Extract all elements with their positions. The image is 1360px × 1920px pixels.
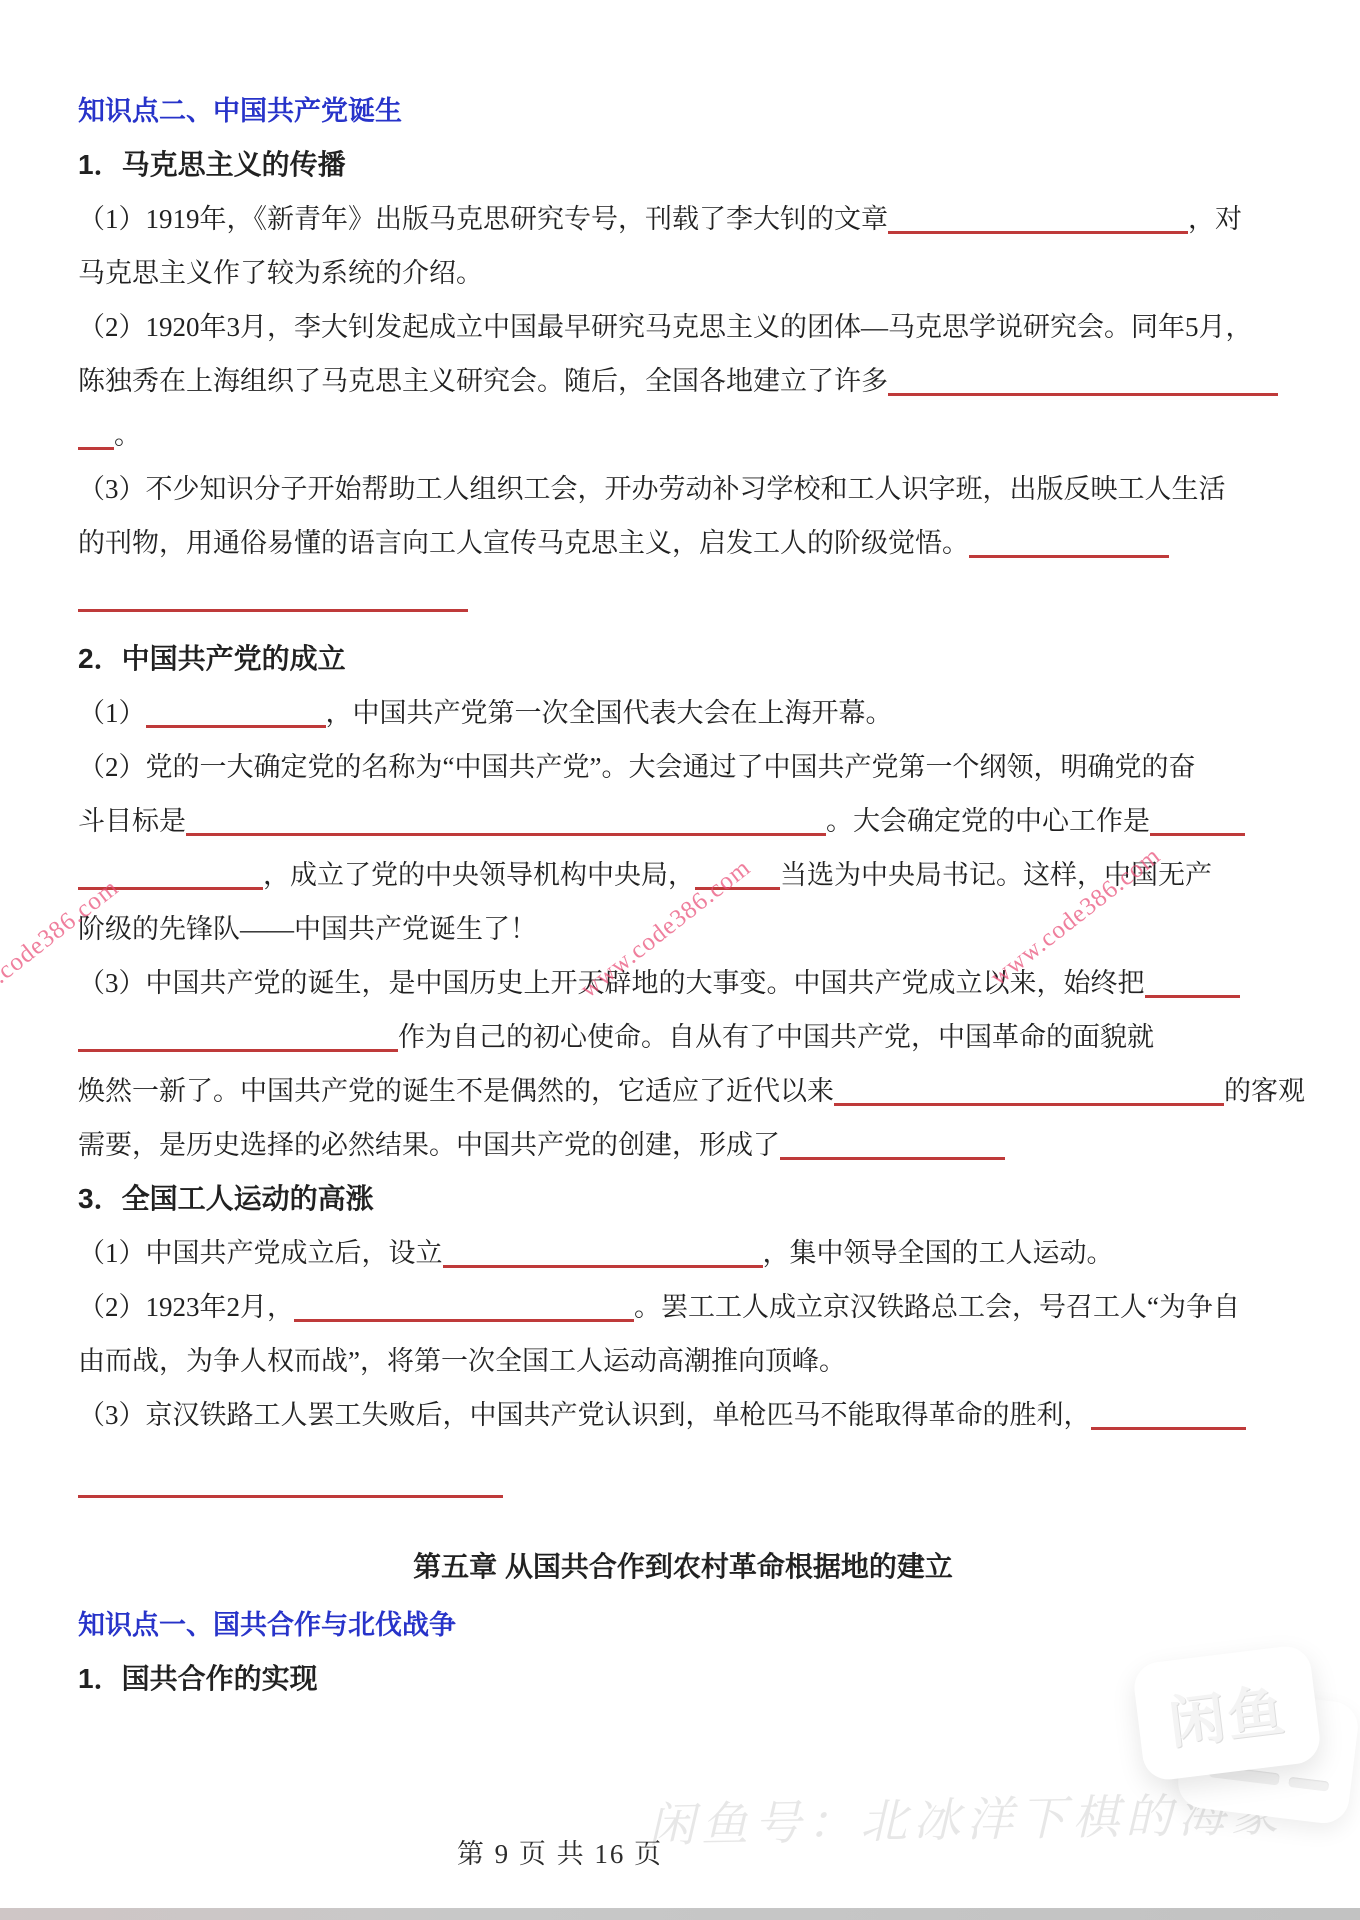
document-line: 马克思主义作了较为系统的介绍。: [78, 246, 1288, 300]
text-run: ，集中领导全国的工人运动。: [763, 1238, 1114, 1268]
text-run: ，成立了党的中央领导机构中央局，: [263, 860, 695, 890]
document-line: 1．国共合作的实现: [78, 1652, 1288, 1706]
document-line: 需要，是历史选择的必然结果。中国共产党的创建，形成了: [78, 1118, 1288, 1172]
document-line: 2．中国共产党的成立: [78, 632, 1288, 686]
text-run: 阶级的先锋队——中国共产党诞生了！: [78, 914, 537, 944]
text-run: 。大会确定党的中心工作是: [826, 806, 1150, 836]
xianyu-logo-text: 闲鱼: [1164, 1666, 1291, 1760]
document-line: 知识点一、国共合作与北伐战争: [78, 1598, 1288, 1652]
text-run: 马克思主义作了较为系统的介绍。: [78, 258, 483, 288]
document-line: （2）党的一大确定党的名称为“中国共产党”。大会通过了中国共产党第一个纲领，明确…: [78, 740, 1288, 794]
text-run: 需要，是历史选择的必然结果。中国共产党的创建，形成了: [78, 1130, 780, 1160]
document-line: 1．马克思主义的传播: [78, 138, 1288, 192]
answer-blank[interactable]: [78, 1019, 398, 1052]
text-run: 的客观: [1224, 1076, 1305, 1106]
answer-blank[interactable]: [78, 1465, 503, 1498]
text-run: ，中国共产党第一次全国代表大会在上海开幕。: [326, 698, 893, 728]
text-run: 焕然一新了。中国共产党的诞生不是偶然的，它适应了近代以来: [78, 1076, 834, 1106]
logo-decoration-bar: [1288, 1777, 1329, 1792]
document-line: 作为自己的初心使命。自从有了中国共产党，中国革命的面貌就: [78, 1010, 1288, 1064]
text-run: （3）不少知识分子开始帮助工人组织工会，开办劳动补习学校和工人识字班，出版反映工…: [78, 474, 1226, 504]
answer-blank[interactable]: [1091, 1397, 1246, 1430]
document-line: [78, 1456, 1288, 1510]
text-run: 的刊物，用通俗易懂的语言向工人宣传马克思主义，启发工人的阶级觉悟。: [78, 528, 969, 558]
answer-blank[interactable]: [888, 363, 1278, 396]
document-line: 斗目标是。大会确定党的中心工作是: [78, 794, 1288, 848]
text-run: 知识点二、中国共产党诞生: [78, 96, 402, 126]
text-run: 第五章 从国共合作到农村革命根据地的建立: [413, 1551, 953, 1582]
document-line: （3）中国共产党的诞生，是中国历史上开天辟地的大事变。中国共产党成立以来，始终把: [78, 956, 1288, 1010]
answer-blank[interactable]: [780, 1127, 1005, 1160]
text-run: ，对: [1188, 204, 1242, 234]
document-line: （3）不少知识分子开始帮助工人组织工会，开办劳动补习学校和工人识字班，出版反映工…: [78, 462, 1288, 516]
document-line: （2）1920年3月，李大钊发起成立中国最早研究马克思主义的团体—马克思学说研究…: [78, 300, 1288, 354]
document-line: 3．全国工人运动的高涨: [78, 1172, 1288, 1226]
answer-blank[interactable]: [78, 579, 468, 612]
answer-blank[interactable]: [1150, 803, 1245, 836]
text-run: （1）1919年，《新青年》出版马克思研究专号，刊载了李大钊的文章: [78, 204, 888, 234]
answer-blank[interactable]: [78, 417, 114, 450]
document-line: 陈独秀在上海组织了马克思主义研究会。随后，全国各地建立了许多: [78, 354, 1288, 408]
text-run: 。: [114, 420, 141, 450]
answer-blank[interactable]: [834, 1073, 1224, 1106]
document-line: 知识点二、中国共产党诞生: [78, 84, 1288, 138]
answer-blank[interactable]: [443, 1235, 763, 1268]
xianyu-logo-front-card: 闲鱼: [1131, 1644, 1322, 1783]
document-line: 第五章 从国共合作到农村革命根据地的建立: [78, 1540, 1288, 1594]
text-run: （2）1920年3月，李大钊发起成立中国最早研究马克思主义的团体—马克思学说研究…: [78, 312, 1253, 342]
answer-blank[interactable]: [1145, 965, 1240, 998]
scan-bottom-edge: [0, 1908, 1360, 1920]
text-run: （1）中国共产党成立后，设立: [78, 1238, 443, 1268]
text-run: 3．全国工人运动的高涨: [78, 1183, 374, 1214]
document-line: （2）1923年2月，。罢工工人成立京汉铁路总工会，号召工人“为争自: [78, 1280, 1288, 1334]
document-line: （1）中国共产党成立后，设立，集中领导全国的工人运动。: [78, 1226, 1288, 1280]
text-run: 陈独秀在上海组织了马克思主义研究会。随后，全国各地建立了许多: [78, 366, 888, 396]
text-run: 斗目标是: [78, 806, 186, 836]
text-run: （1）: [78, 698, 146, 728]
answer-blank[interactable]: [186, 803, 826, 836]
text-run: 知识点一、国共合作与北伐战争: [78, 1610, 456, 1640]
text-run: （2）1923年2月，: [78, 1292, 294, 1322]
answer-blank[interactable]: [146, 695, 326, 728]
text-run: 。罢工工人成立京汉铁路总工会，号召工人“为争自: [634, 1292, 1240, 1322]
text-run: （2）党的一大确定党的名称为“中国共产党”。大会通过了中国共产党第一个纲领，明确…: [78, 752, 1195, 782]
document-line: [78, 570, 1288, 624]
document-line: 焕然一新了。中国共产党的诞生不是偶然的，它适应了近代以来的客观: [78, 1064, 1288, 1118]
text-run: （3）京汉铁路工人罢工失败后，中国共产党认识到，单枪匹马不能取得革命的胜利，: [78, 1400, 1091, 1430]
answer-blank[interactable]: [294, 1289, 634, 1322]
text-run: 由而战，为争人权而战”，将第一次全国工人运动高潮推向顶峰。: [78, 1346, 846, 1376]
document-line: 。: [78, 408, 1288, 462]
document-line: （1）1919年，《新青年》出版马克思研究专号，刊载了李大钊的文章，对: [78, 192, 1288, 246]
text-run: 1．国共合作的实现: [78, 1663, 318, 1694]
text-run: 2．中国共产党的成立: [78, 643, 346, 674]
document-line: 由而战，为争人权而战”，将第一次全国工人运动高潮推向顶峰。: [78, 1334, 1288, 1388]
xianyu-logo: 闲鱼: [1124, 1648, 1360, 1828]
page-number-footer: 第 9 页 共 16 页: [0, 1832, 1120, 1871]
document-line: 的刊物，用通俗易懂的语言向工人宣传马克思主义，启发工人的阶级觉悟。: [78, 516, 1288, 570]
text-run: 1．马克思主义的传播: [78, 149, 346, 180]
document-line: （3）京汉铁路工人罢工失败后，中国共产党认识到，单枪匹马不能取得革命的胜利，: [78, 1388, 1288, 1442]
worksheet-page: 知识点二、中国共产党诞生1．马克思主义的传播（1）1919年，《新青年》出版马克…: [0, 0, 1360, 1920]
answer-blank[interactable]: [969, 525, 1169, 558]
document-line: （1），中国共产党第一次全国代表大会在上海开幕。: [78, 686, 1288, 740]
answer-blank[interactable]: [888, 201, 1188, 234]
text-run: 作为自己的初心使命。自从有了中国共产党，中国革命的面貌就: [398, 1022, 1154, 1052]
